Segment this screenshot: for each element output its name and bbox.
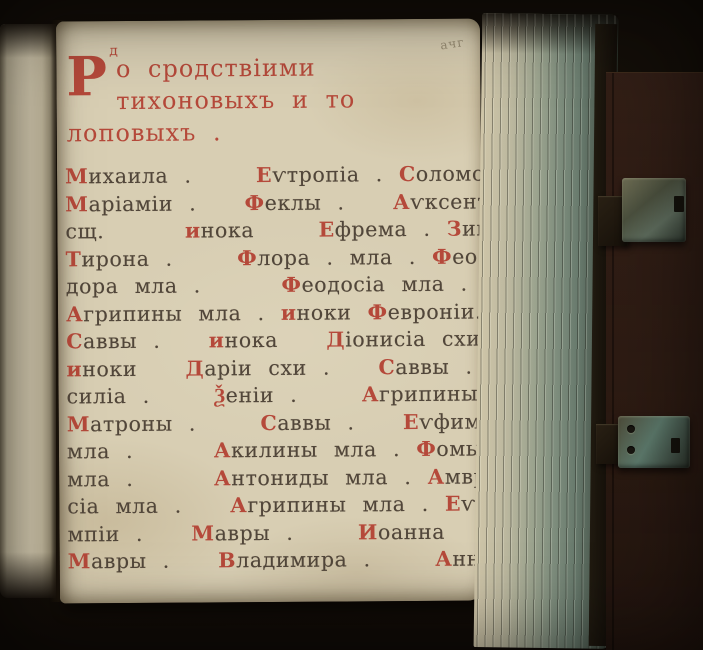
- text-segment: килины мла .: [231, 437, 416, 462]
- text-segment: еодосiа мла .: [301, 272, 467, 297]
- text-segment: силiа .: [67, 383, 215, 408]
- text-segment: мпiи .: [67, 521, 191, 546]
- rubric-initial-superscript: д: [109, 46, 119, 57]
- rubricated-initial: А: [230, 493, 247, 517]
- manuscript-text-line: Марiамiи . Феклы . Аѵксентiа .: [65, 188, 477, 218]
- manuscript-text-line: мпiи . Мавры . Иоанна: [67, 518, 479, 548]
- photo-background: ачг Рд о сродствiими тихоновыхъ и то лоп…: [0, 0, 703, 650]
- rubricated-initial: Ф: [416, 437, 436, 461]
- manuscript-text-line: мла . Акилины мла . Фомы: [67, 436, 479, 466]
- manuscript-text-block: Михаила . Еѵтропiа . Соломонiи.Марiамiи …: [65, 161, 480, 576]
- manuscript-text-line: Саввы . инока Дiонисiа схи.: [66, 326, 478, 356]
- rubricated-initial: и: [185, 218, 201, 242]
- rubricated-initial: С: [399, 162, 416, 186]
- text-segment: ѵтропiа .: [272, 162, 399, 187]
- text-segment: сщ.: [65, 219, 185, 244]
- text-segment: iонисiа схи.: [345, 326, 488, 351]
- rubricated-initial: М: [65, 192, 88, 216]
- text-segment: нока: [224, 328, 326, 353]
- rubricated-initial: Ф: [432, 244, 452, 268]
- rubricated-initial: А: [66, 302, 83, 326]
- rubricated-initial: и: [281, 300, 297, 324]
- manuscript-text-line: сщ. инока Ефрема . Зинiи,: [65, 216, 477, 246]
- rubricated-initial: В: [218, 548, 236, 572]
- rubricated-initial: М: [67, 412, 90, 436]
- manuscript-text-line: дора мла . Феодосiа мла .: [66, 271, 478, 301]
- clasp-bottom-plate: [618, 416, 690, 468]
- manuscript-text-line: Матроны . Саввы . Еѵфимiи: [67, 408, 479, 438]
- text-segment: дора мла .: [66, 273, 282, 299]
- clasp-top: [598, 176, 690, 248]
- rubric-heading: Рд о сродствiими тихоновыхъ и то лоповых…: [66, 51, 473, 150]
- text-segment: арiамiи .: [88, 191, 244, 216]
- rubricated-initial: и: [209, 328, 225, 352]
- text-segment: нока: [201, 218, 319, 243]
- text-segment: авры .: [91, 548, 218, 573]
- text-segment: ладимира .: [236, 547, 435, 572]
- facing-page-edge: [0, 24, 56, 598]
- clasp-bottom-notch: [671, 438, 680, 453]
- manuscript-text-line: Агрипины мла . иноки Февронiи.: [66, 298, 478, 328]
- rubricated-initial: М: [65, 164, 88, 188]
- rubricated-initial: С: [66, 329, 83, 353]
- text-segment: ноки: [297, 300, 368, 324]
- text-segment: енiи .: [226, 382, 362, 407]
- rubricated-initial: Т: [66, 247, 82, 271]
- rubricated-initial: А: [435, 547, 452, 571]
- rubric-heading-line2: лоповыхъ .: [67, 115, 473, 150]
- manuscript-page: ачг Рд о сродствiими тихоновыхъ и то лоп…: [56, 19, 484, 604]
- rubricated-initial: и: [66, 357, 82, 381]
- text-segment: фрема .: [335, 217, 447, 242]
- manuscript-text-line: Мавры . Владимира . Анны .: [68, 546, 480, 576]
- rubricated-initial: М: [68, 549, 91, 573]
- text-segment: грипины мла .: [83, 300, 281, 325]
- rubric-initial-letter: Рд: [66, 55, 108, 97]
- manuscript-text-line: Михаила . Еѵтропiа . Соломонiи.: [65, 161, 477, 191]
- rubricated-initial: С: [260, 410, 277, 434]
- manuscript-text-line: силiа . Ѯенiи . Агрипины .: [67, 381, 479, 411]
- rubricated-initial: Е: [403, 409, 419, 433]
- rubricated-initial: Ф: [368, 300, 388, 324]
- text-segment: ирона .: [81, 246, 237, 271]
- text-segment: грипины мла .: [247, 492, 445, 517]
- text-segment: ео: [452, 244, 478, 268]
- rubricated-initial: А: [214, 438, 231, 462]
- rubricated-initial: Ѯ: [214, 383, 226, 407]
- text-segment: оанна: [378, 519, 445, 543]
- text-segment: аввы .: [277, 410, 403, 435]
- rubricated-initial: З: [447, 217, 463, 241]
- text-segment: мла .: [67, 466, 214, 491]
- rubricated-initial: Е: [319, 218, 335, 242]
- rubricated-initial: С: [378, 355, 395, 379]
- text-segment: атроны .: [90, 411, 260, 436]
- rubricated-initial: Ф: [245, 191, 265, 215]
- text-segment: лора . мла .: [257, 244, 432, 269]
- text-segment: нтониды мла .: [231, 464, 427, 489]
- rubricated-initial: А: [427, 464, 444, 488]
- clasp-bottom: [610, 414, 694, 472]
- rubricated-initial: М: [191, 521, 214, 545]
- rubricated-initial: Д: [326, 327, 345, 351]
- text-segment: авры .: [215, 520, 358, 545]
- text-segment: еклы .: [265, 190, 393, 215]
- manuscript-text-line: Тирона . Флора . мла . Фео: [66, 243, 478, 273]
- text-segment: арiи схи .: [204, 355, 378, 380]
- rubricated-initial: Ф: [237, 246, 257, 270]
- rubricated-initial: Д: [185, 356, 204, 380]
- clasp-top-plate: [622, 178, 686, 242]
- manuscript-text-line: иноки Дарiи схи . Саввы . Ва: [66, 353, 478, 383]
- rubricated-initial: Е: [256, 163, 272, 187]
- back-cover-leather: [606, 72, 703, 650]
- rubricated-initial: Ф: [281, 273, 301, 297]
- rubricated-initial: А: [362, 382, 379, 406]
- text-segment: сiа мла .: [67, 493, 230, 518]
- clasp-top-notch: [674, 196, 684, 212]
- text-segment: ноки: [82, 356, 185, 381]
- text-segment: аввы .: [83, 328, 209, 353]
- rubricated-initial: А: [393, 190, 410, 214]
- rubricated-initial: Е: [445, 492, 461, 516]
- text-segment: ихаила .: [88, 163, 256, 188]
- rubric-heading-line1: о сродствiими тихоновыхъ и то: [116, 54, 356, 115]
- text-segment: евронiи.: [388, 299, 483, 324]
- rubricated-initial: И: [358, 520, 378, 544]
- manuscript-text-line: сiа мла . Агрипины мла . Еѵла: [67, 491, 479, 521]
- rubricated-initial: А: [214, 466, 231, 490]
- text-segment: мла .: [67, 438, 214, 463]
- manuscript-text-line: мла . Антониды мла . Амвро: [67, 463, 479, 493]
